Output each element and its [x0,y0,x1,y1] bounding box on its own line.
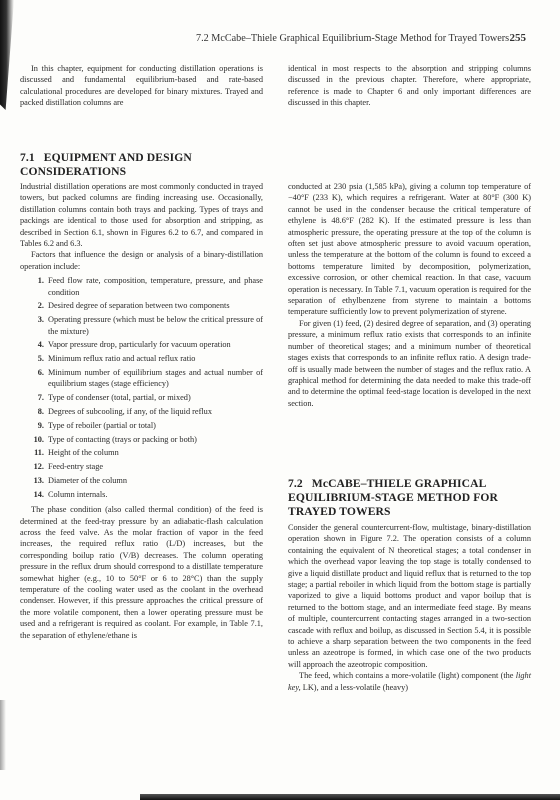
list-text: Feed-entry stage [48,461,263,472]
document-page: 7.2 McCabe–Thiele Graphical Equilibrium-… [0,0,560,800]
list-item: 13.Diameter of the column [20,475,263,486]
text-run: LK), and a less-volatile (heavy) [301,683,408,692]
list-text: Type of reboiler (partial or total) [48,420,263,431]
list-item: 11.Height of the column [20,447,263,458]
paragraph: For given (1) feed, (2) desired degree o… [288,318,531,409]
list-number: 2. [26,300,44,311]
left-column: Industrial distillation operations are m… [20,181,263,641]
list-item: 6.Minimum number of equilibrium stages a… [20,367,263,390]
list-number: 8. [26,406,44,417]
list-number: 5. [26,353,44,364]
list-text: Minimum number of equilibrium stages and… [48,367,263,390]
paragraph: The phase condition (also called thermal… [20,504,263,641]
list-number: 1. [26,275,44,298]
list-text: Degrees of subcooling, if any, of the li… [48,406,263,417]
list-number: 11. [26,447,44,458]
paragraph: Consider the general countercurrent-flow… [288,522,531,670]
right-column-section-7-2: Consider the general countercurrent-flow… [288,522,531,693]
paragraph: conducted at 230 psia (1,585 kPa), givin… [288,181,531,318]
intro-paragraph-left: In this chapter, equipment for conductin… [20,63,263,109]
list-text: Feed flow rate, composition, temperature… [48,275,263,298]
list-item: 10.Type of contacting (trays or packing … [20,434,263,445]
list-text: Diameter of the column [48,475,263,486]
intro-paragraph-right: identical in most respects to the absorp… [288,63,531,109]
list-number: 7. [26,392,44,403]
list-text: Column internals. [48,489,263,500]
section-number: 7.2 [288,477,303,490]
list-text: Minimum reflux ratio and actual reflux r… [48,353,263,364]
book-binding-shadow [0,0,14,110]
text-run: The feed, which contains a more-volatile… [299,671,516,680]
list-number: 3. [26,314,44,337]
list-text: Type of condenser (total, partial, or mi… [48,392,263,403]
list-number: 6. [26,367,44,390]
right-column: conducted at 230 psia (1,585 kPa), givin… [288,181,531,409]
paragraph: The feed, which contains a more-volatile… [288,670,531,693]
list-item: 5.Minimum reflux ratio and actual reflux… [20,353,263,364]
running-head-title: 7.2 McCabe–Thiele Graphical Equilibrium-… [196,33,509,44]
list-item: 3.Operating pressure (which must be belo… [20,314,263,337]
running-head: 7.2 McCabe–Thiele Graphical Equilibrium-… [196,32,526,44]
list-item: 14.Column internals. [20,489,263,500]
design-factors-list: 1.Feed flow rate, composition, temperatu… [20,275,263,500]
list-item: 2.Desired degree of separation between t… [20,300,263,311]
book-binding-shadow-bottom [0,700,6,770]
paragraph: Factors that influence the design or ana… [20,249,263,272]
list-number: 10. [26,434,44,445]
page-bottom-edge-shadow [140,794,560,800]
list-item: 8.Degrees of subcooling, if any, of the … [20,406,263,417]
list-item: 4.Vapor pressure drop, particularly for … [20,339,263,350]
list-number: 9. [26,420,44,431]
section-heading-7-2: 7.2McCABE–THIELE GRAPHICAL EQUILIBRIUM-S… [288,477,538,519]
list-item: 12.Feed-entry stage [20,461,263,472]
intro-right-column: identical in most respects to the absorp… [288,63,531,109]
list-text: Vapor pressure drop, particularly for va… [48,339,263,350]
list-text: Type of contacting (trays or packing or … [48,434,263,445]
list-number: 4. [26,339,44,350]
list-number: 13. [26,475,44,486]
list-number: 14. [26,489,44,500]
list-item: 7.Type of condenser (total, partial, or … [20,392,263,403]
list-item: 9.Type of reboiler (partial or total) [20,420,263,431]
section-title: McCABE–THIELE GRAPHICAL EQUILIBRIUM-STAG… [288,477,498,518]
intro-left-column: In this chapter, equipment for conductin… [20,63,263,109]
list-text: Desired degree of separation between two… [48,300,263,311]
section-number: 7.1 [20,151,35,164]
section-title: EQUIPMENT AND DESIGN CONSIDERATIONS [20,151,192,178]
section-heading-7-1: 7.1EQUIPMENT AND DESIGN CONSIDERATIONS [20,151,270,179]
list-number: 12. [26,461,44,472]
list-text: Height of the column [48,447,263,458]
page-number: 255 [510,32,527,44]
paragraph: Industrial distillation operations are m… [20,181,263,249]
list-item: 1.Feed flow rate, composition, temperatu… [20,275,263,298]
list-text: Operating pressure (which must be below … [48,314,263,337]
